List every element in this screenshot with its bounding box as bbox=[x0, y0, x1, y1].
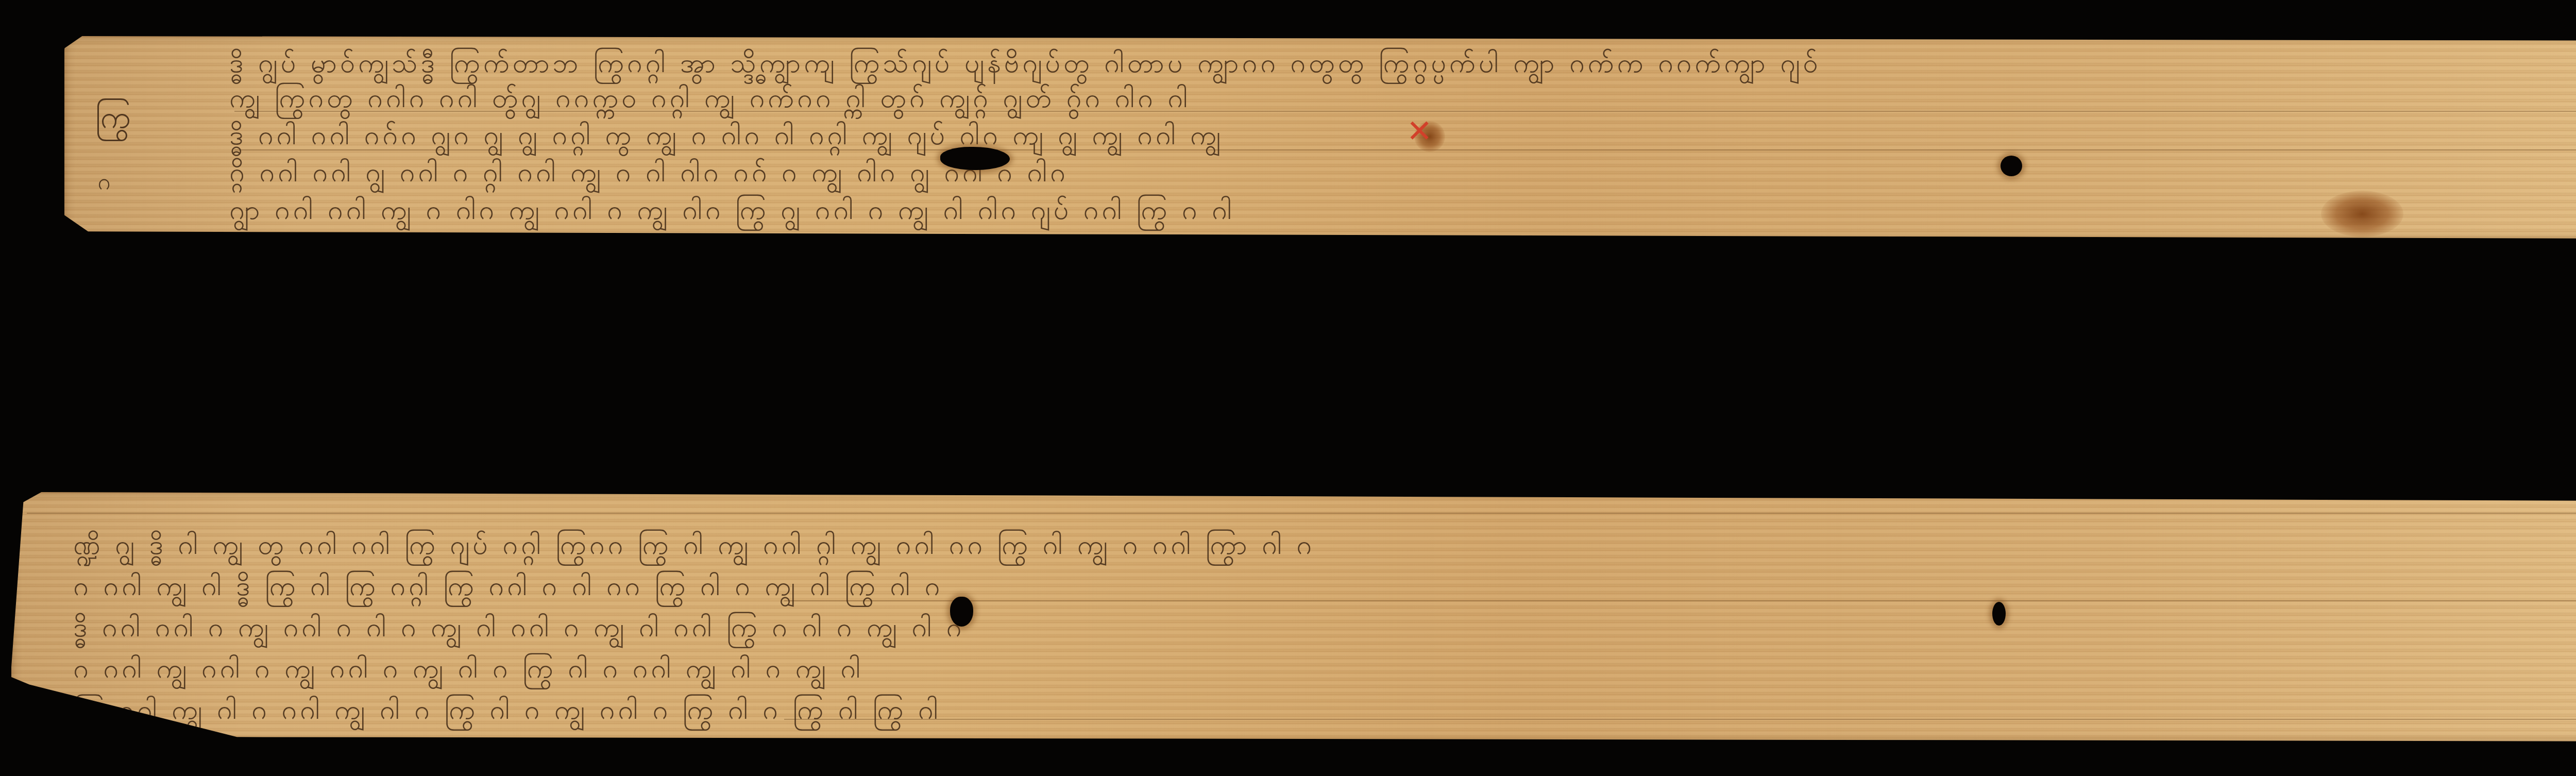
manuscript-line-1: ဒ္ဓိ ဂျွပ် မွာဝ်ကျွသ်ဒ္ဓီ ကြွက်တာဘ ကြွဂဂ… bbox=[229, 46, 1821, 86]
binding-hole bbox=[950, 597, 973, 627]
palm-leaf-top: ကြွ ဂ ဒ္ဓိ ဂျွပ် မွာဝ်ကျွသ်ဒ္ဓီ ကြွက်တာဘ… bbox=[64, 36, 2576, 240]
manuscript-line-4: ဂ ဂဂါ ကျွ ဂဂါ ဂ ကျွ ဂဂါ ဂ ကျွ ဂါ ဂ ကြွ ဂ… bbox=[73, 652, 863, 691]
red-correction-mark: ✕ bbox=[1406, 113, 1432, 149]
text-block: ဏ္ဍိ ဂျွ ဒ္ဓိ ဂါ ကျွ တွ ဂဂါ ဂဂါ ကြွ ဂျပ်… bbox=[11, 492, 2576, 742]
stain-mark bbox=[2321, 191, 2403, 237]
manuscript-line-2: ကျွ ကြွဂတွ ဂဂါဂ ဂဂါ တွ်ဂျွ ဂဂက္ကဝ ဂဂ္ဂါ … bbox=[229, 81, 1191, 121]
binding-hole bbox=[940, 147, 1010, 170]
text-block: ဒ္ဓိ ဂျွပ် မွာဝ်ကျွသ်ဒ္ဓီ ကြွက်တာဘ ကြွဂဂ… bbox=[64, 36, 2576, 240]
manuscript-line-2: ဂ ဂဂါ ကျွ ဂါ ဒ္ဓိ ကြွ ဂါ ကြွ ဂဂ္ဂါ ကြွ ဂ… bbox=[73, 569, 943, 609]
manuscript-line-3: ဒ္ဓိ ဂဂါ ဂဂါ ဂ ကျွ ဂဂါ ဂ ဂါ ဂ ကျွ ဂါ ဂဂါ… bbox=[73, 611, 964, 650]
manuscript-line-1: ဏ္ဍိ ဂျွ ဒ္ဓိ ဂါ ကျွ တွ ဂဂါ ဂဂါ ကြွ ဂျပ်… bbox=[73, 528, 1315, 567]
manuscript-line-5: ကြွ ဂဂါ ကျွ ဂါ ဂ ဂဂါ ကျွ ဂါ ဂ ကြွ ဂါ ဂ က… bbox=[73, 693, 941, 732]
palm-leaf-bottom: ဥ ဏ္ဍိ ဂျွ ဒ္ဓိ ဂါ ကျွ တွ ဂဂါ ဂဂါ ကြွ ဂျ… bbox=[11, 492, 2576, 742]
manuscript-line-5: ဂျွာ ဂဂါ ဂဂါ ကျွ ဂ ဂါဂ ကျွ ဂဂါ ဂ ကျွ ဂါဂ… bbox=[229, 193, 1235, 232]
binding-hole bbox=[2001, 156, 2022, 176]
manuscript-line-3: ဒ္ဓိ ဂဂါ ဂဂါ ဂဂ်ဂ ဂျွဂ ဂျွ ဂျွ ဂဂ္ဂါ ကွ … bbox=[229, 119, 1224, 158]
binding-hole bbox=[1992, 602, 2006, 626]
